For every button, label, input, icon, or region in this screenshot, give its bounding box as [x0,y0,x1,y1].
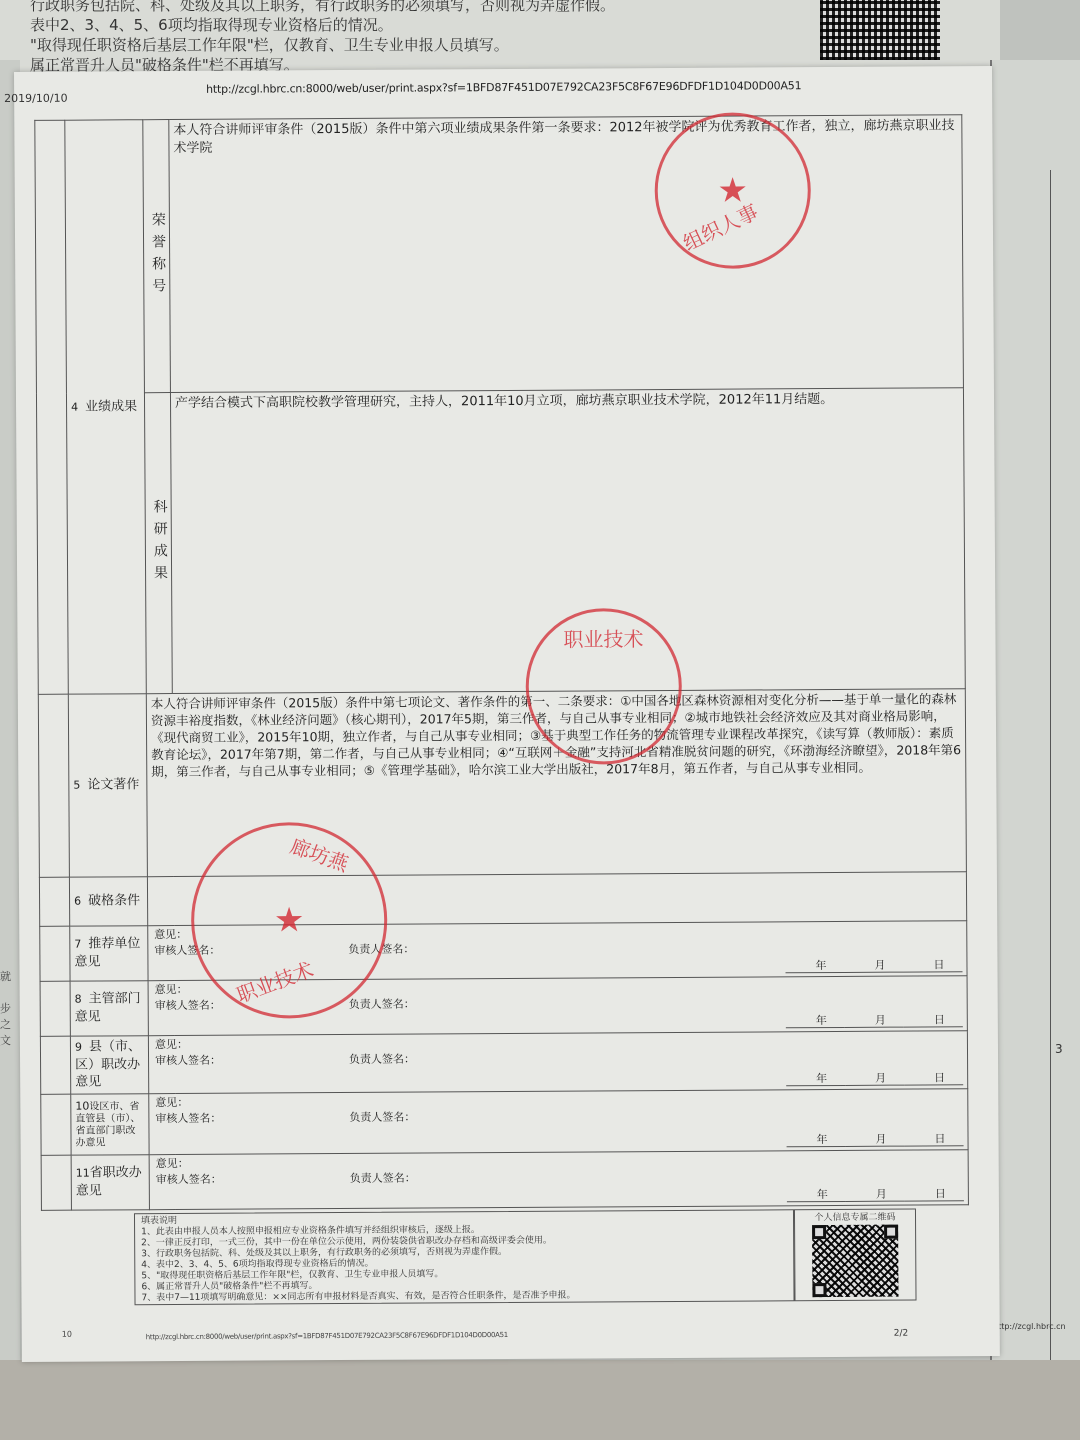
table-row: 9县（市、区）职改办意见 意见： 审核人签名： 负责人签名： 年月日 [40,1031,967,1094]
footer-url: http://zcgl.hbrc.cn:8000/web/user/print.… [146,1331,508,1341]
date-field: 年月日 [786,1071,963,1087]
date-field: 年月日 [787,1187,964,1203]
bg-line: "取得现任职资格后基层工作年限"栏，仅教育、卫生专业申报人员填写。 [30,34,509,55]
table-row: 11省职改办意见 意见： 审核人签名： 负责人签名： 年月日 [41,1149,968,1210]
opinion-cell: 意见： 审核人签名： 负责人签名： 年月日 [149,1149,968,1209]
table-row: 科研成果 产学结合模式下高职院校教学管理研究，主持人，2011年10月立项，廊坊… [36,388,965,695]
head-signature-label: 负责人签名： [349,1053,415,1068]
row-label-achievements: 4业绩成果 [65,120,147,694]
reviewer-signature-label: 审核人签名： [155,999,221,1014]
form-instructions: 填表说明 1、此表由申报人员本人按照申报相应专业资格条件填写并经组织审核后，逐级… [134,1209,795,1305]
row-label-papers: 5论文著作 [68,694,147,877]
application-form-table: 4业绩成果 荣誉称号 本人符合讲师评审条件（2015版）条件中第六项业绩成果条件… [34,114,969,1210]
form-page: 2019/10/10 http://zcgl.hbrc.cn:8000/web/… [14,66,1000,1362]
table-row: 8主管部门意见 意见： 审核人签名： 负责人签名： 年月日 [40,976,967,1037]
head-signature-label: 负责人签名： [350,1171,416,1186]
background-right-table [1050,170,1080,1380]
reviewer-signature-label: 审核人签名： [155,1111,221,1126]
organization-stamp: ★组织人事 [654,112,811,269]
qr-caption: 个人信息专属二维码 [795,1210,915,1224]
date-field: 年月日 [786,1013,963,1029]
table-row: 5论文著作 本人符合讲师评审条件（2015版）条件中第七项论文、著作条件的第一、… [38,689,966,878]
bg-line: 表中2、3、4、5、6项均指取得现专业资格后的情况。 [30,14,393,35]
head-signature-label: 负责人签名： [349,1110,415,1125]
row-label-opinion: 10设区市、省直管县（市）、省直部门职改办意见 [71,1093,149,1154]
reviewer-signature-label: 审核人签名： [156,1172,222,1187]
date-field: 年月日 [786,1132,963,1148]
row-label-opinion: 11省职改办意见 [71,1154,149,1209]
personal-qr-section: 个人信息专属二维码 [794,1209,917,1302]
bg-line: 行政职务包括院、科、处级及其以上职务，有行政职务的必须填写，否则视为弄虚作假。 [30,0,615,15]
opinion-cell: 意见： 审核人签名： 负责人签名： 年月日 [149,1088,968,1154]
background-right-page-number: 3 [1055,1042,1063,1056]
wall-bottom [0,1360,1080,1440]
row-label-opinion: 8主管部门意见 [70,981,148,1036]
date-field: 年月日 [785,958,962,974]
print-date: 2019/10/10 [4,92,67,105]
background-qr-code [820,0,940,60]
head-signature-label: 负责人签名： [349,998,415,1013]
table-row: 4业绩成果 荣誉称号 本人符合讲师评审条件（2015版）条件中第六项业绩成果条件… [35,115,964,394]
college-stamp-middle: 职业技术 [525,608,682,765]
footer-page-number: 2/2 [894,1329,909,1339]
background-right-url: http://zcgl.hbrc.cn [993,1322,1066,1331]
row-label-opinion: 9县（市、区）职改办意见 [70,1036,148,1094]
honors-content: 本人符合讲师评审条件（2015版）条件中第六项业绩成果条件第一条要求：2012年… [169,115,964,393]
table-row: 7推荐单位意见 意见： 审核人签名： 负责人签名： 年月日 [40,921,967,982]
college-stamp-lower: ★廊坊燕职业技术 [191,822,388,1019]
sub-label-honors: 荣誉称号 [143,120,171,393]
footer-left-number: 10 [62,1330,72,1339]
print-url: http://zcgl.hbrc.cn:8000/web/user/print.… [206,79,801,96]
opinion-cell: 意见： 审核人签名： 负责人签名： 年月日 [148,1031,967,1094]
table-row: 6破格条件 [39,872,966,927]
row-label-exceptional: 6破格条件 [69,877,147,926]
sub-label-research: 科研成果 [144,393,172,694]
background-sheet: 行政职务包括院、科、处级及其以上职务，有行政职务的必须填写，否则视为弄虚作假。 … [0,0,1000,75]
table-row: 10设区市、省直管县（市）、省直部门职改办意见 意见： 审核人签名： 负责人签名… [41,1088,968,1155]
row-label-opinion: 7推荐单位意见 [70,926,148,981]
qr-code-icon [812,1225,898,1298]
reviewer-signature-label: 审核人签名： [155,1054,221,1069]
